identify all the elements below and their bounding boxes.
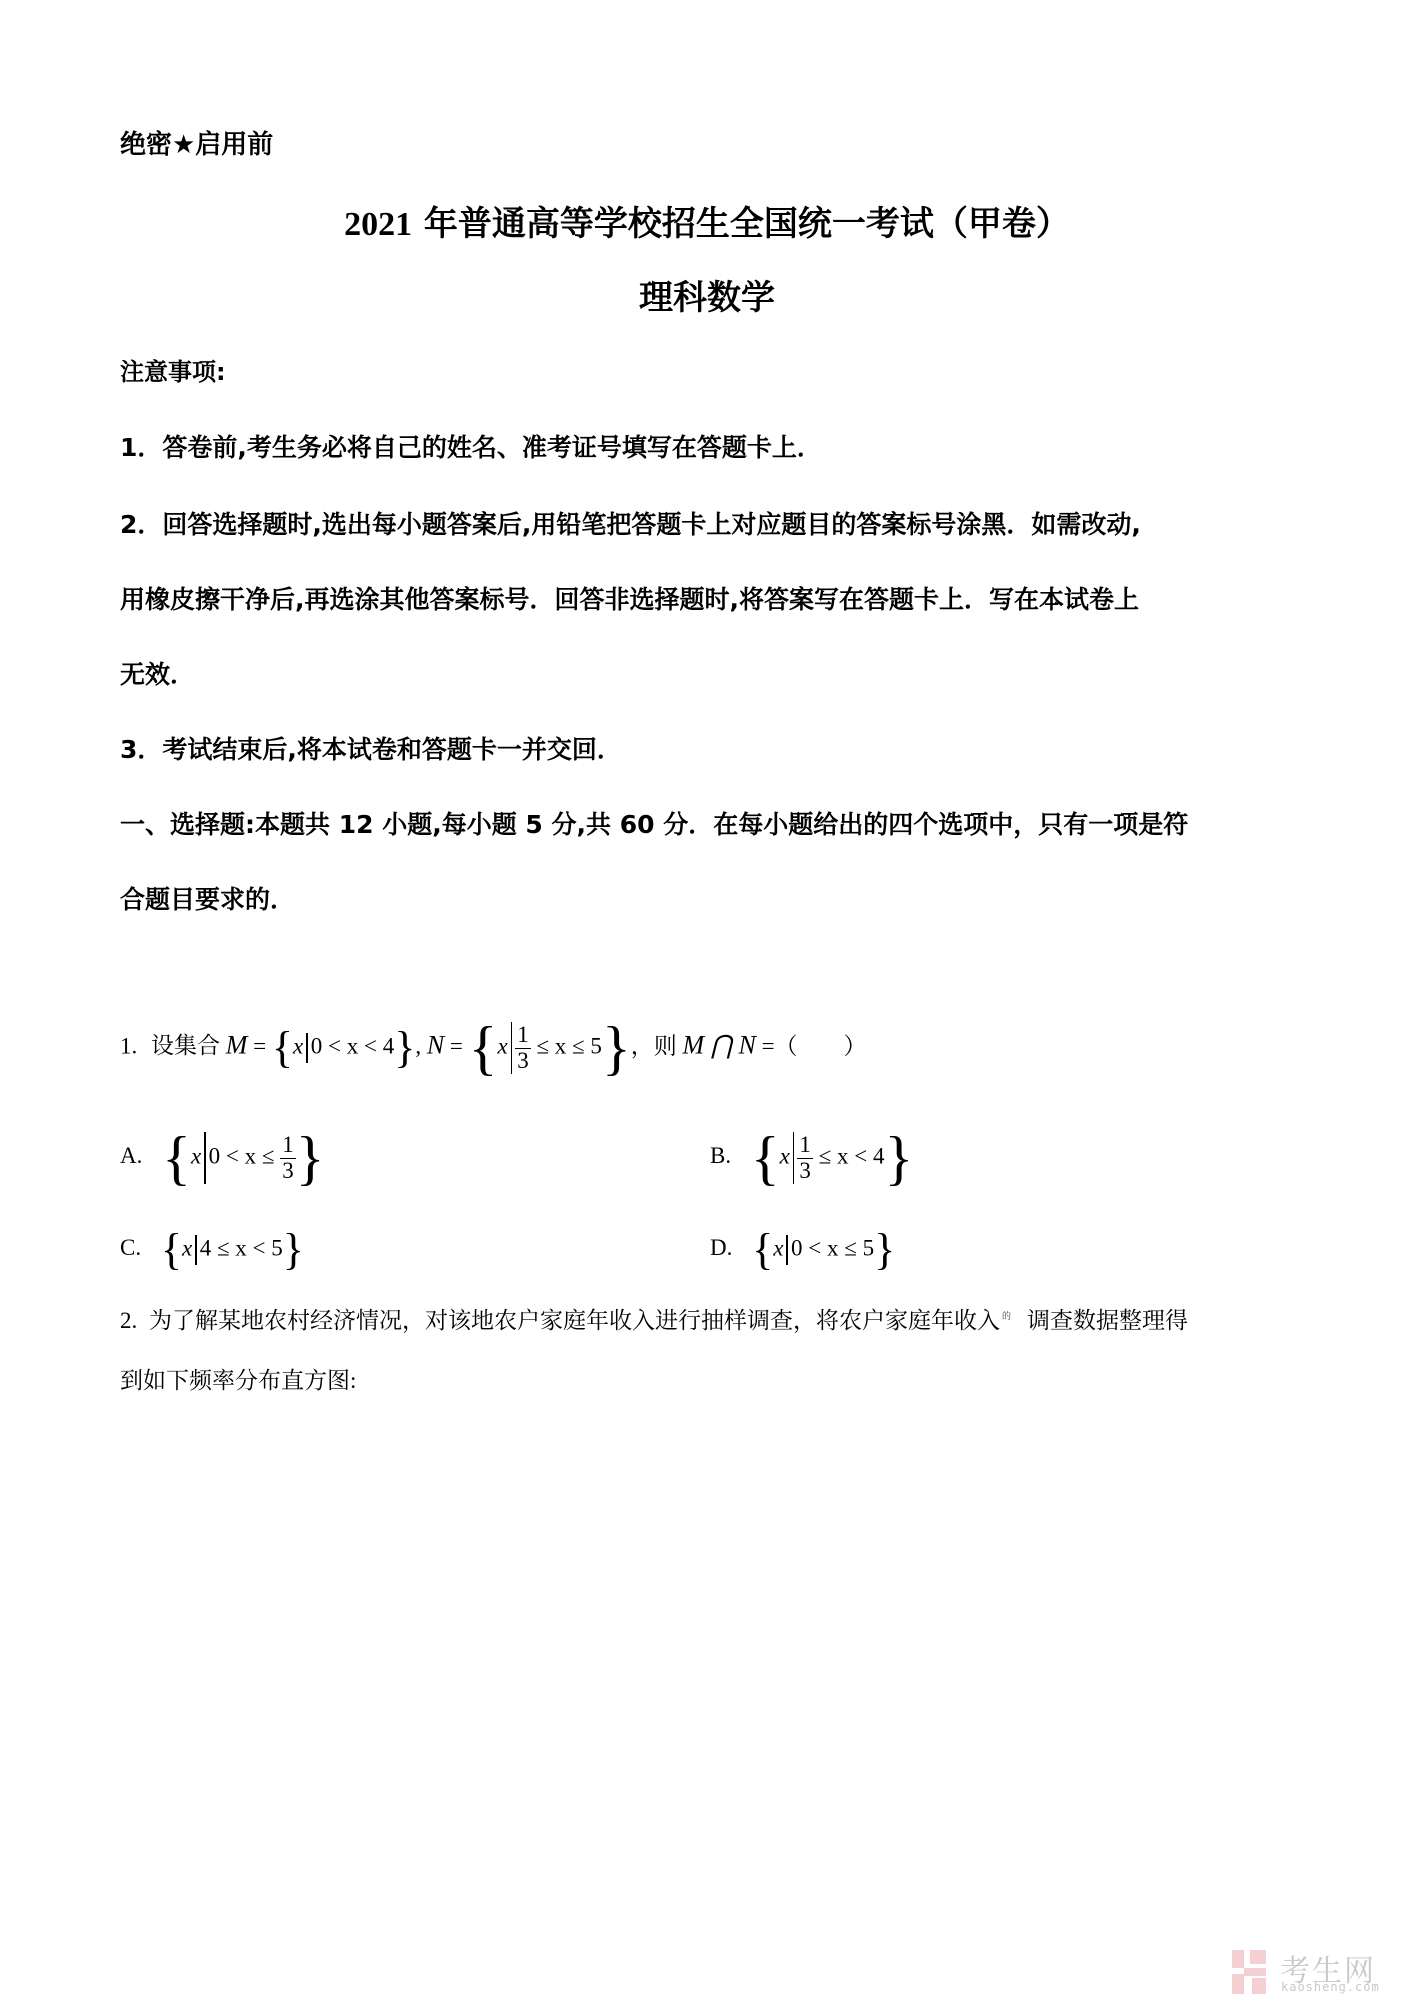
right-brace: } [884, 1125, 913, 1191]
left-brace: { [751, 1125, 780, 1191]
option-condition: ≤ x < 4 [819, 1143, 885, 1168]
question-2-line-2: 到如下频率分布直方图: [120, 1362, 356, 1395]
right-brace: } [602, 1015, 631, 1081]
question-number: 1. [120, 1033, 137, 1058]
set-bar [511, 1022, 513, 1074]
section-heading: 一、选择题:本题共 12 小题,每小题 5 分,共 60 分．在每小题给出的四个… [120, 805, 1188, 841]
exam-year: 2021 [344, 206, 412, 243]
set-bar [793, 1132, 795, 1184]
question-2: 2. 为了解某地农村经济情况，对该地农户家庭年收入进行抽样调查，将农户家庭年收入… [120, 1302, 1188, 1335]
notice-line-1: 1．答卷前,考生务必将自己的姓名、准考证号填写在答题卡上． [120, 428, 822, 464]
exam-subject: 理科数学 [0, 270, 1414, 319]
right-brace: } [394, 1023, 415, 1072]
left-brace: { [161, 1225, 182, 1274]
option-c[interactable]: C. {x4 ≤ x < 5} [120, 1228, 304, 1272]
fraction-numerator: 1 [280, 1133, 296, 1158]
notice-line-2-cont: 用橡皮擦干净后,再选涂其他答案标号．回答非选择题时,将答案写在答题卡上．写在本试… [120, 580, 1139, 616]
question-number: 2. [120, 1308, 137, 1333]
question-stem-cont: 调查数据整理得 [1027, 1308, 1188, 1333]
option-label: C. [120, 1235, 141, 1260]
fraction: 13 [280, 1133, 296, 1182]
option-label: A. [120, 1143, 142, 1168]
section-heading-cont: 合题目要求的． [120, 880, 295, 916]
set-n-name: N [427, 1030, 444, 1059]
option-a[interactable]: A. {x0 < x ≤ 13} [120, 1128, 325, 1188]
set-bar [195, 1235, 197, 1265]
option-b[interactable]: B. {x13 ≤ x < 4} [710, 1128, 913, 1188]
set-n-condition: ≤ x ≤ 5 [536, 1033, 602, 1058]
fraction-denominator: 3 [282, 1159, 294, 1183]
notices-heading: 注意事项: [120, 352, 226, 387]
option-label: B. [710, 1143, 731, 1168]
question-1: 1. 设集合 M = {x0 < x < 4}, N = {x13 ≤ x ≤ … [120, 1018, 867, 1078]
question-stem: 为了解某地农村经济情况，对该地农户家庭年收入进行抽样调查，将农户家庭年收入 [149, 1308, 1000, 1333]
kaosheng-logo-icon [1232, 1950, 1266, 1994]
set-var: x [780, 1143, 790, 1168]
left-brace: { [272, 1023, 293, 1072]
set-var: x [182, 1235, 192, 1260]
set-var: x [773, 1235, 783, 1260]
intersection-expr: M ⋂ N [683, 1030, 756, 1059]
question-stem-suffix: ，则 [631, 1033, 677, 1058]
fraction-denominator: 3 [799, 1159, 811, 1183]
fraction: 13 [797, 1133, 813, 1182]
option-condition: 4 ≤ x < 5 [200, 1235, 283, 1260]
left-brace: { [469, 1015, 498, 1081]
fraction-numerator: 1 [797, 1133, 813, 1158]
exam-title-text: 年普通高等学校招生全国统一考试（甲卷） [424, 204, 1070, 244]
option-d[interactable]: D. {x0 < x ≤ 5} [710, 1228, 895, 1272]
answer-blank: =（ ） [762, 1033, 867, 1058]
option-condition: 0 < x ≤ 5 [791, 1235, 874, 1260]
set-bar [306, 1033, 308, 1063]
confidential-mark: 绝密★启用前 [120, 124, 273, 161]
right-brace: } [296, 1125, 325, 1191]
stray-superscript: 的 [1002, 1311, 1011, 1321]
left-brace: { [752, 1225, 773, 1274]
question-stem-prefix: 设集合 [151, 1033, 220, 1058]
notice-line-2-end: 无效． [120, 655, 195, 691]
right-brace: } [283, 1225, 304, 1274]
exam-title: 2021 年普通高等学校招生全国统一考试（甲卷） [0, 196, 1414, 245]
set-var: x [191, 1143, 201, 1168]
right-brace: } [874, 1225, 895, 1274]
watermark-url: kaosheng.com [1281, 1980, 1380, 1994]
set-var: x [293, 1033, 303, 1058]
set-bar [204, 1132, 206, 1184]
notice-line-3: 3．考试结束后,将本试卷和答题卡一并交回． [120, 730, 622, 766]
fraction: 13 [515, 1023, 531, 1072]
set-m-name: M [226, 1030, 248, 1059]
set-m-condition: 0 < x < 4 [311, 1033, 394, 1058]
option-label: D. [710, 1235, 732, 1260]
left-brace: { [162, 1125, 191, 1191]
option-condition: 0 < x ≤ [209, 1143, 275, 1168]
set-var: x [497, 1033, 507, 1058]
fraction-numerator: 1 [515, 1023, 531, 1048]
set-bar [786, 1235, 788, 1265]
notice-line-2: 2．回答选择题时,选出每小题答案后,用铅笔把答题卡上对应题目的答案标号涂黑．如需… [120, 505, 1141, 541]
fraction-denominator: 3 [517, 1049, 529, 1073]
